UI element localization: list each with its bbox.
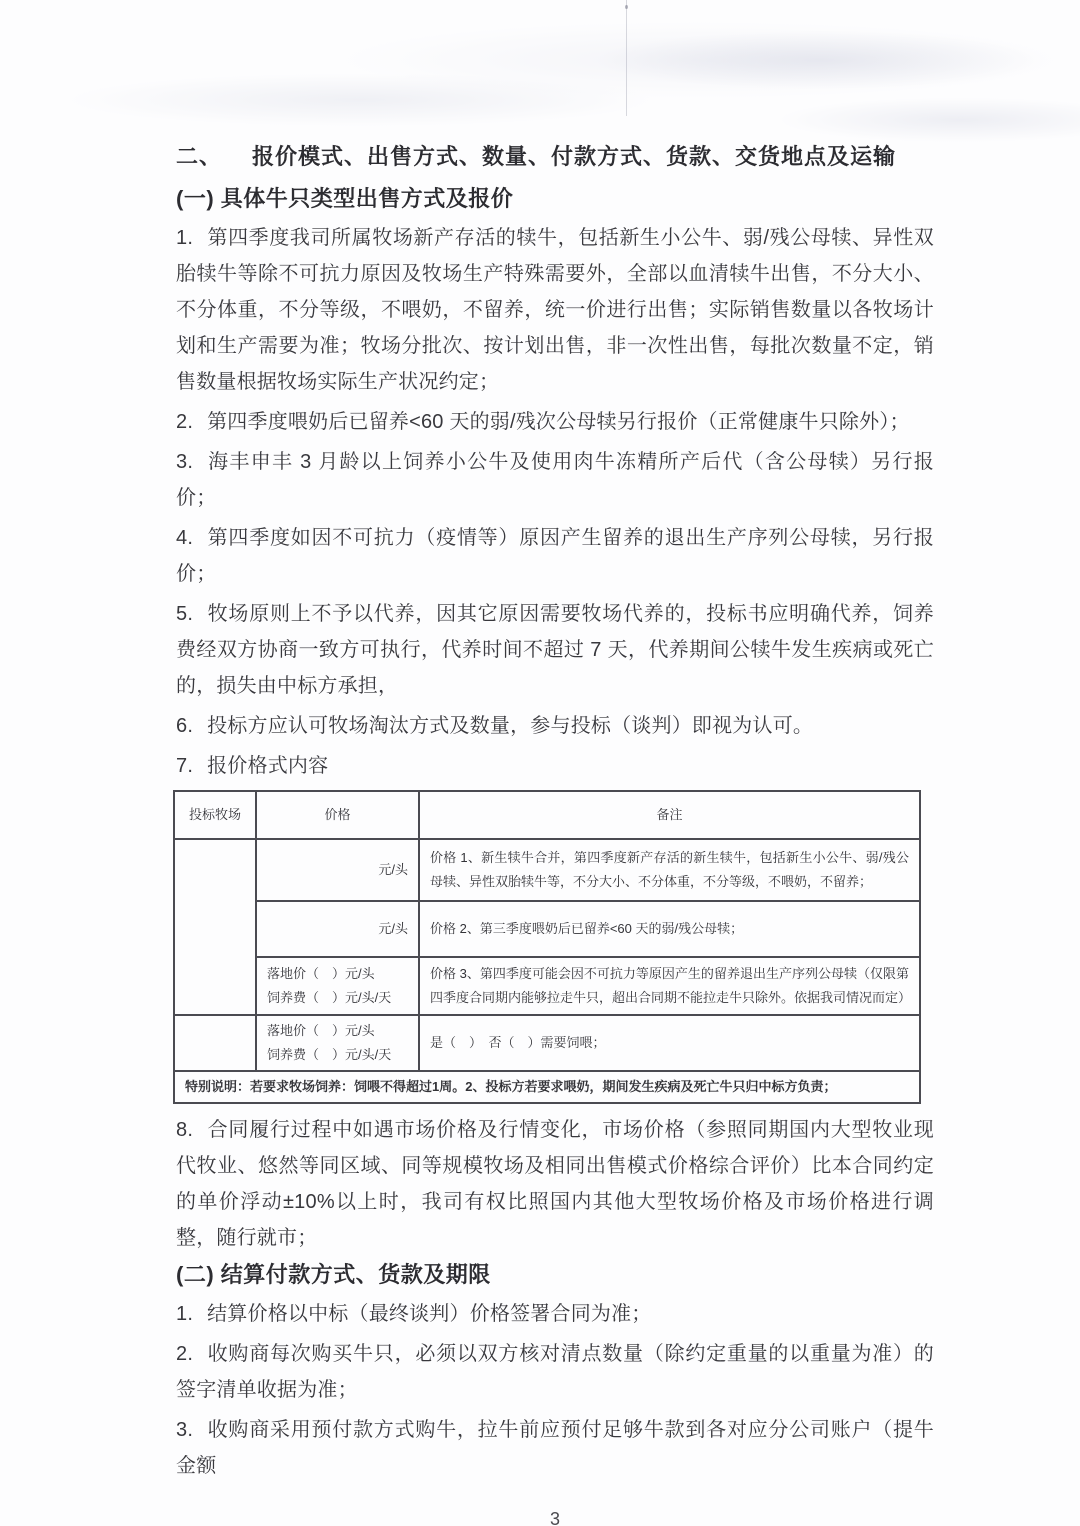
remark-cell-3: 价格 3、第四季度可能会因不可抗力等原因产生的留养退出生产序列公母犊（仅限第四季… <box>419 957 920 1015</box>
clause-7-text: 报价格式内容 <box>207 755 328 777</box>
section2-clause-2-text: 收购商每次购买牛只，必须以双方核对清点数量（除约定重量的以重量为准）的签字清单收… <box>176 1343 934 1401</box>
section2-heading: (二) 结算付款方式、货款及期限 <box>176 1260 934 1290</box>
section2-clause-3-text: 收购商采用预付款方式购牛，拉牛前应预付足够牛款到各对应分公司账户（提牛金额 <box>176 1419 934 1477</box>
farm-cell-merged <box>174 839 256 1015</box>
main-heading: 二、报价模式、出售方式、数量、付款方式、货款、交货地点及运输 <box>176 142 934 172</box>
clause-1: 1.第四季度我司所属牧场新产存活的犊牛，包括新生小公牛、弱/残公母犊、异性双胎犊… <box>176 220 934 400</box>
price-cell-1: 元/头 <box>256 839 419 901</box>
section2-clause-3: 3.收购商采用预付款方式购牛，拉牛前应预付足够牛款到各对应分公司账户（提牛金额 <box>176 1412 934 1484</box>
clause-4-number: 4. <box>176 527 193 549</box>
header-cell-price: 价格 <box>256 791 419 839</box>
clause-1-text: 第四季度我司所属牧场新产存活的犊牛，包括新生小公牛、弱/残公母犊、异性双胎犊牛等… <box>176 227 934 393</box>
clause-3: 3.海丰申丰 3 月龄以上饲养小公牛及使用肉牛冻精所产后代（含公母犊）另行报价； <box>176 444 934 516</box>
clause-8-number: 8. <box>176 1119 193 1141</box>
price-cell-4: 落地价（ ）元/头 饲养费（ ）元/头/天 <box>256 1015 419 1071</box>
section1-heading: (一) 具体牛只类型出售方式及报价 <box>176 184 934 214</box>
price-cell-3-line2: 饲养费（ ）元/头/天 <box>267 986 408 1010</box>
remark-cell-2: 价格 2、第三季度喂奶后已留养<60 天的弱/残公母犊； <box>419 901 920 957</box>
section2-clause-2-number: 2. <box>176 1343 193 1365</box>
table-row-price3: 落地价（ ）元/头 饲养费（ ）元/头/天 价格 3、第四季度可能会因不可抗力等… <box>174 957 920 1015</box>
remark-cell-1: 价格 1、新生犊牛合并，第四季度新产存活的新生犊牛，包括新生小公牛、弱/残公母犊… <box>419 839 920 901</box>
clause-5: 5.牧场原则上不予以代养，因其它原因需要牧场代养的，投标书应明确代养，饲养费经双… <box>176 596 934 704</box>
clause-3-number: 3. <box>176 451 193 473</box>
clause-4-text: 第四季度如因不可抗力（疫情等）原因产生留养的退出生产序列公母犊，另行报价； <box>176 527 934 585</box>
clause-2-text: 第四季度喂奶后已留养<60 天的弱/残次公母犊另行报价（正常健康牛只除外）； <box>207 411 910 433</box>
clause-8: 8.合同履行过程中如遇市场价格及行情变化，市场价格（参照同期国内大型牧业现代牧业… <box>176 1112 934 1256</box>
table-row-price2: 元/头 价格 2、第三季度喂奶后已留养<60 天的弱/残公母犊； <box>174 901 920 957</box>
clause-7-number: 7. <box>176 755 193 777</box>
special-note-text: 特别说明：若要求牧场饲养：饲喂不得超过1周。2、投标方若要求喂奶，期间发生疾病及… <box>174 1071 920 1103</box>
main-heading-title: 报价模式、出售方式、数量、付款方式、货款、交货地点及运输 <box>252 144 896 169</box>
price-cell-3: 落地价（ ）元/头 饲养费（ ）元/头/天 <box>256 957 419 1015</box>
header-cell-farm: 投标牧场 <box>174 791 256 839</box>
clause-2-number: 2. <box>176 411 193 433</box>
price-cell-3-line1: 落地价（ ）元/头 <box>267 962 408 986</box>
section2-clause-3-number: 3. <box>176 1419 193 1441</box>
clause-5-number: 5. <box>176 603 193 625</box>
clause-6-number: 6. <box>176 715 193 737</box>
special-note-row: 特别说明：若要求牧场饲养：饲喂不得超过1周。2、投标方若要求喂奶，期间发生疾病及… <box>174 1071 920 1103</box>
price-cell-4-line1: 落地价（ ）元/头 <box>267 1019 408 1043</box>
price-cell-2: 元/头 <box>256 901 419 957</box>
table-header-row: 投标牧场 价格 备注 <box>174 791 920 839</box>
price-cell-4-line2: 饲养费（ ）元/头/天 <box>267 1043 408 1067</box>
section2-clause-2: 2.收购商每次购买牛只，必须以双方核对清点数量（除约定重量的以重量为准）的签字清… <box>176 1336 934 1408</box>
scanned-document-page: 二、报价模式、出售方式、数量、付款方式、货款、交货地点及运输 (一) 具体牛只类… <box>0 0 1080 1526</box>
header-cell-remark: 备注 <box>419 791 920 839</box>
clause-3-text: 海丰申丰 3 月龄以上饲养小公牛及使用肉牛冻精所产后代（含公母犊）另行报价； <box>176 451 934 509</box>
quote-format-table: 投标牧场 价格 备注 元/头 价格 1、新生犊牛合并，第四季度新产存活的新生犊牛… <box>173 790 921 1104</box>
section2-clause-1-text: 结算价格以中标（最终谈判）价格签署合同为准； <box>207 1303 651 1325</box>
table-row-price1: 元/头 价格 1、新生犊牛合并，第四季度新产存活的新生犊牛，包括新生小公牛、弱/… <box>174 839 920 901</box>
clause-6-text: 投标方应认可牧场淘汰方式及数量，参与投标（谈判）即视为认可。 <box>207 715 813 737</box>
section2-clause-1-number: 1. <box>176 1303 193 1325</box>
clause-1-number: 1. <box>176 227 193 249</box>
clause-5-text: 牧场原则上不予以代养，因其它原因需要牧场代养的，投标书应明确代养，饲养费经双方协… <box>176 603 934 697</box>
document-content: 二、报价模式、出售方式、数量、付款方式、货款、交货地点及运输 (一) 具体牛只类… <box>0 0 1080 1526</box>
clause-7: 7.报价格式内容 <box>176 748 934 784</box>
farm-cell-row4 <box>174 1015 256 1071</box>
main-heading-number: 二、 <box>176 144 222 169</box>
clause-4: 4.第四季度如因不可抗力（疫情等）原因产生留养的退出生产序列公母犊，另行报价； <box>176 520 934 592</box>
clause-8-text: 合同履行过程中如遇市场价格及行情变化，市场价格（参照同期国内大型牧业现代牧业、悠… <box>176 1119 934 1249</box>
page-number: 3 <box>176 1508 934 1526</box>
table-row-feeding: 落地价（ ）元/头 饲养费（ ）元/头/天 是（ ） 否（ ）需要饲喂； <box>174 1015 920 1071</box>
remark-cell-4: 是（ ） 否（ ）需要饲喂； <box>419 1015 920 1071</box>
clause-2: 2.第四季度喂奶后已留养<60 天的弱/残次公母犊另行报价（正常健康牛只除外）； <box>176 404 934 440</box>
clause-6: 6.投标方应认可牧场淘汰方式及数量，参与投标（谈判）即视为认可。 <box>176 708 934 744</box>
section2-clause-1: 1.结算价格以中标（最终谈判）价格签署合同为准； <box>176 1296 934 1332</box>
